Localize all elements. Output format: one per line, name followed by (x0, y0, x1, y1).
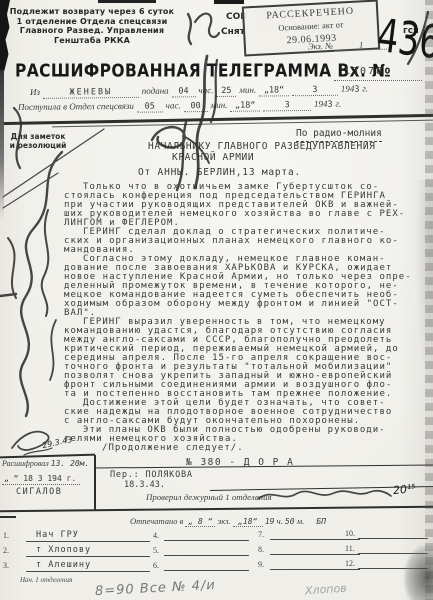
scan-smudge (404, 545, 433, 600)
form-label: 194 (341, 84, 355, 94)
margin-notes-line: Для заметок (7, 132, 69, 141)
translator-line: Пер.: ПОЛЯКОВА (110, 470, 193, 480)
dist-number: 7. (258, 530, 264, 539)
footer-line (0, 506, 433, 512)
addressee-line2: КРАСНОЙ АРМИИ (172, 152, 254, 163)
pen-mark (195, 14, 219, 37)
printed-day: „18“ (233, 517, 263, 527)
printed-copies-row: Отпечатано в „ 8 “ экз. „18“ 19 ч. 50 м.… (130, 516, 326, 527)
checked-time-handwritten: 20¹⁵ (392, 482, 416, 497)
checked-by-label: Проверил дежурный 1 отделения (146, 492, 272, 502)
printed-initials: БП (306, 517, 326, 526)
dist-number: 6. (153, 561, 159, 570)
footer-line (94, 465, 433, 469)
dist-underline (26, 571, 150, 572)
scan-edge-artifact (0, 70, 4, 220)
dist-underline (164, 555, 249, 556)
message-body: Только что в охотничьем замке Губертусшт… (64, 183, 430, 453)
received-hours: 05 (137, 101, 163, 112)
dist-underline (26, 556, 150, 557)
margin-scribble (50, 320, 56, 380)
form-label: час. (198, 85, 213, 95)
edge-dash (0, 294, 16, 296)
dist-number: 8. (258, 545, 264, 554)
scan-edge-artifact (98, 0, 156, 3)
margin-scribble (42, 210, 49, 316)
pen-mark (188, 14, 191, 44)
sent-year: 3 (354, 85, 359, 95)
sent-month: 3 (292, 85, 338, 96)
return-notice-line: 1 отделение Отдела спецсвязи (8, 17, 176, 27)
sent-hours: 04 (171, 86, 195, 97)
return-notice: Подлежит возврату через 6 суток 1 отделе… (8, 7, 176, 45)
body-line: /Продолжение следует/. (64, 444, 430, 453)
pen-line (3, 173, 58, 208)
deciphered-by-label: Расшифровал (2, 459, 49, 468)
margin-resolution-scribble (20, 152, 62, 416)
printed-minutes: 50 (285, 517, 295, 526)
received-day: „18“ (230, 100, 260, 111)
form-label: 194 (314, 99, 328, 109)
duty-officer-signature (258, 491, 391, 499)
dist-recipient: т Хлопову (36, 545, 91, 555)
deciphered-date: „ “ 18 3 194 г. (2, 474, 80, 485)
sent-day: „18“ (259, 85, 289, 96)
return-notice-line: Генштаба РККА (8, 36, 176, 46)
deciphered-time: 13. 20м. (51, 459, 90, 468)
received-minutes: 00 (184, 101, 208, 112)
footer-line (0, 454, 95, 458)
pencil-note: 8=90 Все № 4/и (95, 578, 216, 599)
dist-underline (270, 569, 360, 570)
sent-minutes: 25 (216, 86, 236, 97)
sender-line: От АННЫ. БЕРЛИН,13 марта. (138, 167, 301, 178)
body-line: ходимым образом оборону между фронтом и … (64, 300, 430, 309)
dist-number: 10. (345, 529, 355, 538)
form-label: Поступила в Отдел спецсвязи (18, 101, 134, 112)
received-month: 3 (263, 100, 311, 112)
secrecy-fragment-snyat: Снят (221, 27, 245, 37)
dist-number: 5. (153, 546, 159, 555)
printed-label: ч. (277, 516, 283, 526)
return-notice-line: Главного Развед. Управления (8, 26, 176, 36)
margin-notes-line: и резолюций (7, 141, 69, 150)
footer-dash (0, 516, 16, 518)
return-notice-line: Подлежит возврату через 6 суток (8, 7, 176, 17)
dist-underline (164, 540, 249, 541)
dist-number: 1. (3, 531, 9, 540)
addressee-line1: НАЧАЛЬНИКУ ГЛАВНОГО РАЗВЕДУПРАВЛЕНИЯ (148, 141, 376, 152)
section-head-label: Нач. 1 отделения (20, 576, 72, 584)
dist-underline (26, 541, 150, 542)
dist-number: 4. (153, 531, 159, 540)
dist-number: 9. (258, 560, 264, 569)
received-year: 3 (327, 100, 332, 110)
transmission-method: По радио-молния (296, 128, 382, 142)
printed-label: экз. (218, 516, 231, 526)
form-label: Из (30, 87, 40, 97)
dist-number: 3. (3, 561, 9, 570)
margin-notes-box: Для заметок и резолюций (7, 132, 69, 150)
origin-city: ЖЕНЕВЫ (43, 87, 139, 99)
dist-recipient: Нач ГРУ (36, 530, 79, 540)
form-label: подана (142, 86, 169, 96)
form-line-origin: Из ЖЕНЕВЫ подана 04 час. 25 мин. „18“ 3 … (30, 83, 368, 99)
form-line-received: Поступила в Отдел спецсвязи 05 час. 00 м… (18, 99, 341, 114)
margin-scribble (8, 238, 16, 298)
copies-count: „ 8 “ (185, 517, 215, 527)
deciphered-by-row: Расшифровал 13. 20м. (2, 459, 89, 468)
translator-date: 18.3.43. (124, 480, 165, 490)
scan-smudge (415, 180, 433, 400)
scan-edge-artifact (214, 0, 244, 4)
form-label: час. (166, 100, 181, 110)
dist-underline (270, 554, 360, 555)
incoming-number: 13078 (344, 66, 384, 77)
form-label: мин. (210, 100, 227, 110)
printed-hours: 19 (265, 517, 275, 526)
form-label: мин. (239, 85, 256, 95)
dist-recipient: т Алешину (36, 560, 91, 570)
footer-divider (94, 455, 96, 511)
dist-number: 2. (3, 546, 9, 555)
number-underline (334, 79, 422, 81)
dist-underline (358, 538, 428, 539)
copy-number-label: Экз. № (308, 41, 333, 52)
dist-underline (270, 539, 360, 540)
telegram-scan-page: Подлежит возврату через 6 суток 1 отделе… (0, 0, 433, 600)
dist-number: 11. (345, 544, 355, 553)
form-label: г. (362, 83, 368, 93)
form-label: г. (335, 99, 341, 109)
dist-underline (164, 570, 249, 571)
printed-label: м. (297, 516, 305, 526)
dist-number: 12. (345, 559, 355, 568)
decipherer-name: СИГАЛОВ (16, 487, 62, 497)
printed-label: Отпечатано в (130, 516, 183, 526)
pencil-note-name: Хлопов (305, 582, 348, 598)
